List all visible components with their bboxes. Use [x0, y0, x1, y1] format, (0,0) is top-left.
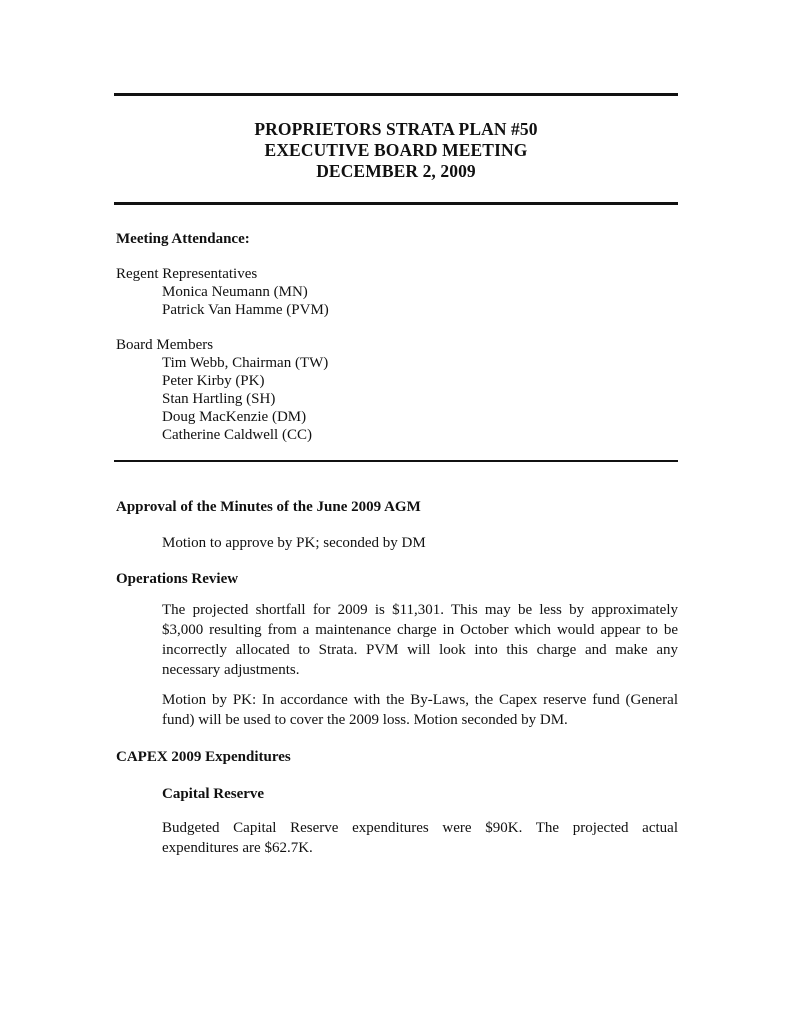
attendee: Peter Kirby (PK) [162, 371, 264, 391]
approval-motion: Motion to approve by PK; seconded by DM [162, 533, 426, 553]
attendee: Tim Webb, Chairman (TW) [162, 353, 328, 373]
title-line-meeting: EXECUTIVE BOARD MEETING [114, 140, 678, 161]
attendance-heading: Meeting Attendance: [116, 229, 250, 249]
attendee: Patrick Van Hamme (PVM) [162, 300, 329, 320]
top-rule [114, 93, 678, 96]
operations-heading: Operations Review [116, 569, 238, 589]
group-label-regent: Regent Representatives [116, 264, 257, 284]
title-bottom-rule [114, 202, 678, 205]
title-line-date: DECEMBER 2, 2009 [114, 161, 678, 182]
title-line-organization: PROPRIETORS STRATA PLAN #50 [114, 119, 678, 140]
operations-paragraph-shortfall: The projected shortfall for 2009 is $11,… [162, 600, 678, 680]
capital-reserve-paragraph: Budgeted Capital Reserve expenditures we… [162, 818, 678, 858]
group-label-board: Board Members [116, 335, 213, 355]
attendee: Catherine Caldwell (CC) [162, 425, 312, 445]
capital-reserve-subheading: Capital Reserve [162, 784, 264, 804]
approval-heading: Approval of the Minutes of the June 2009… [116, 497, 421, 517]
attendance-bottom-rule [114, 460, 678, 462]
attendee: Stan Hartling (SH) [162, 389, 275, 409]
attendee: Doug MacKenzie (DM) [162, 407, 306, 427]
capex-heading: CAPEX 2009 Expenditures [116, 747, 291, 767]
document-title: PROPRIETORS STRATA PLAN #50 EXECUTIVE BO… [114, 119, 678, 182]
attendee: Monica Neumann (MN) [162, 282, 308, 302]
operations-paragraph-motion: Motion by PK: In accordance with the By-… [162, 690, 678, 730]
